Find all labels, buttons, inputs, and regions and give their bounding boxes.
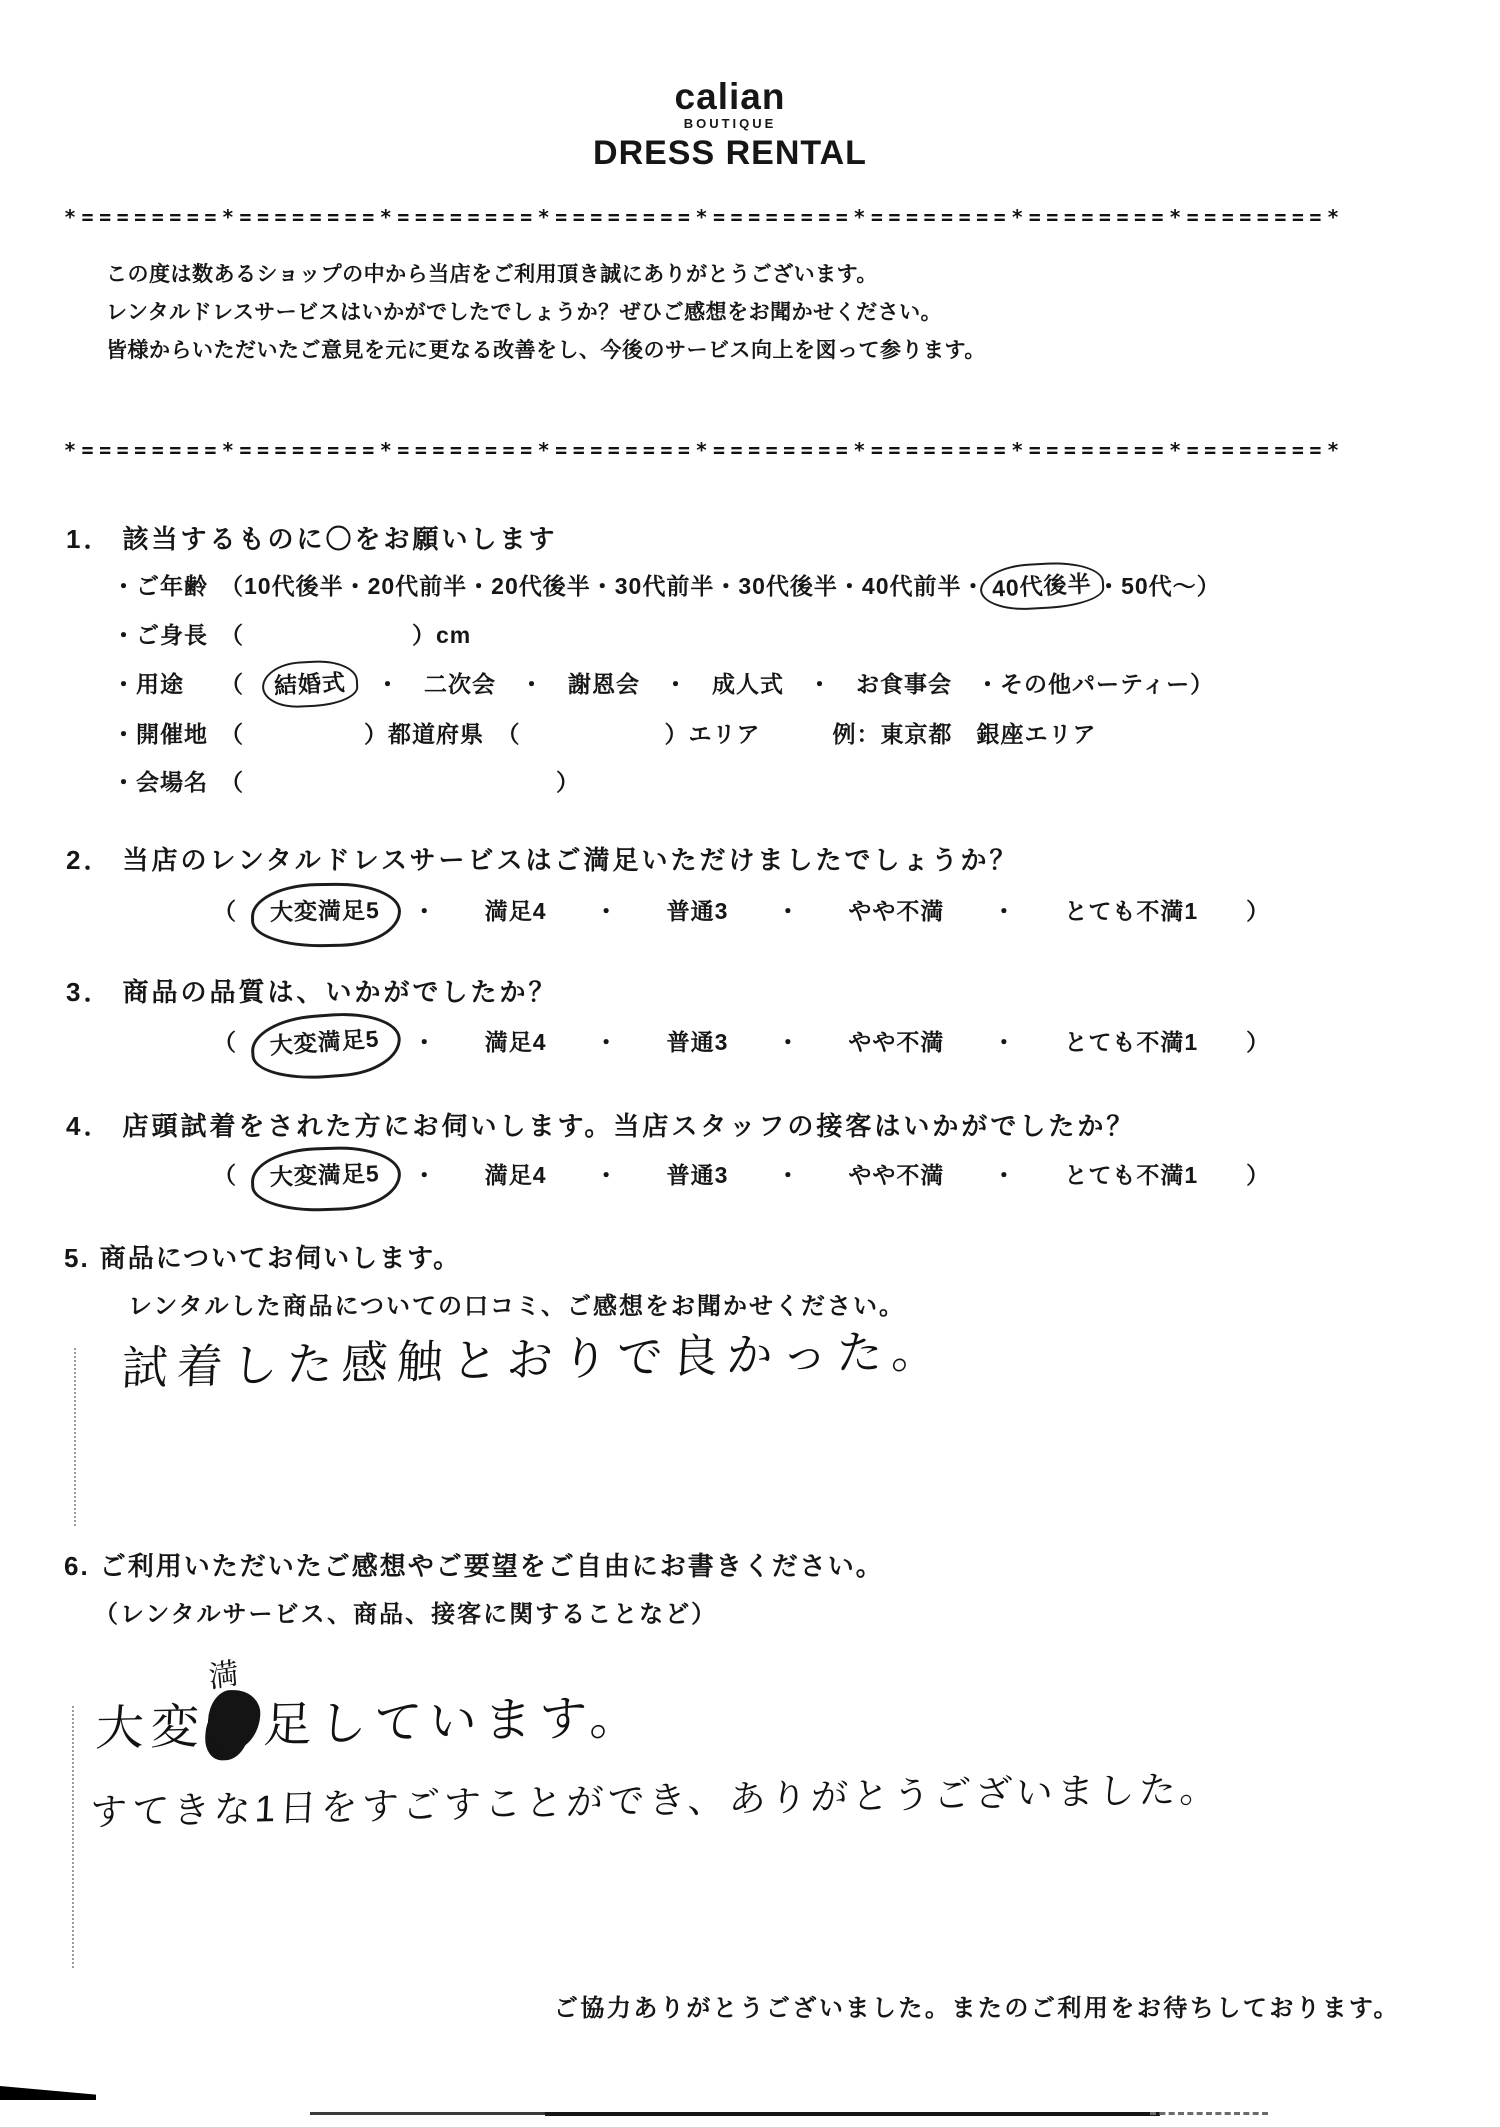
q5-heading: 5.商品についてお伺いします。 (64, 1238, 461, 1275)
q1-purpose-open: （ (220, 671, 268, 697)
q2-heading: 2．当店のレンタルドレスサービスはご満足いただけましたでしょうか？ (66, 840, 1018, 877)
q6-scribble-blot: 満 (205, 1695, 266, 1748)
q6-handwritten-line-2: すてきな1日をすごすことができ、ありがとうございました。 (89, 1758, 1223, 1836)
q1-age-label: ・ご年齢 (112, 568, 220, 601)
q4-options-row: （ 大変満足5 ・ 満足4 ・ 普通3 ・ やや不満 ・ とても不満1 ） (213, 1157, 1270, 1190)
scan-edge-bar-2 (545, 2112, 1160, 2116)
q4-heading: 4．店頭試着をされた方にお伺いします。当店スタッフの接客はいかがでしたか？ (66, 1106, 1135, 1143)
q1-place-blanks: （ ）都道府県 （ ）エリア 例：東京都 銀座エリア (220, 721, 1097, 747)
footer-thanks: ご協力ありがとうございました。またのご利用をお待ちしております。 (554, 1988, 1400, 2023)
q4-title: 店頭試着をされた方にお伺いします。当店スタッフの接客はいかがでしたか？ (122, 1111, 1135, 1141)
q3-circled-answer: 大変満足5 (249, 1009, 403, 1083)
q1-hall-row: ・会場名（ ） (112, 764, 580, 797)
q1-age-circled-answer: 40代後半 (978, 560, 1104, 612)
q1-number: 1． (66, 524, 112, 554)
q6-hand-pre: 大変 (94, 1701, 207, 1756)
brand-sub-label: BOUTIQUE (0, 117, 1460, 130)
q6-scribble-ink (207, 1690, 262, 1751)
q3-number: 3． (66, 977, 112, 1007)
q6-handwritten-line-1: 大変満足しています。 (94, 1678, 646, 1759)
q2-number: 2． (66, 845, 112, 875)
brand-logo: calian (0, 78, 1460, 115)
q6-correction-char: 満 (206, 1648, 240, 1696)
page-title: DRESS RENTAL (0, 136, 1460, 170)
q2-options-text: ・ 満足4 ・ 普通3 ・ やや不満 ・ とても不満1 ） (389, 898, 1270, 924)
q1-height-row: ・ご身長（ ）cm (112, 617, 471, 650)
q6-number: 6. (64, 1551, 90, 1581)
intro-line-3: 皆様からいただいたご意見を元に更なる改善をし、今後のサービス向上を図って参ります… (106, 334, 986, 364)
q6-title: ご利用いただいたご感想やご要望をご自由にお書きください。 (100, 1551, 884, 1581)
q1-title: 該当するものに〇をお願いします (122, 524, 557, 554)
intro-line-1: この度は数あるショップの中から当店をご利用頂き誠にありがとうございます。 (106, 258, 878, 288)
intro-line-2: レンタルドレスサービスはいかがでしたでしょうか？ぜひご感想をお聞かせください。 (106, 296, 942, 326)
q4-circled-text: 大変満足5 (269, 1160, 380, 1190)
q1-purpose-circled-text: 結婚式 (273, 669, 346, 699)
q3-options-row: （ 大変満足5 ・ 満足4 ・ 普通3 ・ やや不満 ・ とても不満1 ） (213, 1024, 1270, 1057)
q2-circled-answer: 大変満足5 (250, 882, 401, 949)
q5-handwritten-comment: 試着した感触とおりで良かった。 (120, 1315, 948, 1398)
scan-artifact-dotted-left-2 (72, 1706, 74, 1968)
q1-age-circled-text: 40代後半 (991, 570, 1092, 601)
q2-circled-text: 大変満足5 (270, 897, 380, 925)
q6-heading: 6.ご利用いただいたご感想やご要望をご自由にお書きください。 (64, 1546, 884, 1583)
q4-options-text: ・ 満足4 ・ 普通3 ・ やや不満 ・ とても不満1 ） (389, 1162, 1270, 1188)
q1-purpose-circled-answer: 結婚式 (261, 659, 359, 710)
scan-artifact-dotted-left-1 (74, 1348, 76, 1526)
q1-age-options-pre: （10代後半・20代前半・20代後半・30代前半・30代後半・40代前半・ (220, 573, 986, 599)
q6-hand-post: 足しています。 (262, 1691, 646, 1752)
q1-height-blank: （ ）cm (220, 622, 471, 648)
q5-title: 商品についてお伺いします。 (100, 1243, 461, 1273)
scanned-survey-page: calian BOUTIQUE DRESS RENTAL *========*=… (0, 0, 1500, 2127)
q5-subtitle: レンタルした商品についての口コミ、ご感想をお聞かせください。 (128, 1286, 905, 1321)
q4-number: 4． (66, 1111, 112, 1141)
q6-subtitle: （レンタルサービス、商品、接客に関することなど） (94, 1594, 717, 1629)
scan-edge-wedge (0, 2086, 96, 2100)
q1-age-row: ・ご年齢（10代後半・20代前半・20代後半・30代前半・30代後半・40代前半… (112, 568, 1221, 601)
q1-purpose-options-post: ・ 二次会 ・ 謝恩会 ・ 成人式 ・ お食事会 ・その他パーティー） (352, 671, 1214, 697)
q3-heading: 3．商品の品質は、いかがでしたか？ (66, 972, 557, 1009)
q3-title: 商品の品質は、いかがでしたか？ (122, 977, 557, 1007)
q1-age-options-post: ・50代～） (1097, 573, 1221, 599)
q5-number: 5. (64, 1243, 90, 1273)
scan-edge-bar-dashed (1150, 2112, 1268, 2115)
q3-options-text: ・ 満足4 ・ 普通3 ・ やや不満 ・ とても不満1 ） (389, 1029, 1270, 1055)
header: calian BOUTIQUE DRESS RENTAL (0, 78, 1460, 170)
q1-place-label: ・開催地 (112, 716, 220, 749)
q1-place-row: ・開催地（ ）都道府県 （ ）エリア 例：東京都 銀座エリア (112, 716, 1097, 749)
q1-height-label: ・ご身長 (112, 617, 220, 650)
q1-purpose-label: ・用途 (112, 666, 220, 699)
divider-middle: *========*========*========*========*===… (64, 438, 1345, 462)
q2-options-row: （ 大変満足5 ・ 満足4 ・ 普通3 ・ やや不満 ・ とても不満1 ） (213, 893, 1270, 926)
divider-top: *========*========*========*========*===… (64, 205, 1345, 229)
q3-circled-text: 大変満足5 (269, 1025, 380, 1059)
q1-hall-label: ・会場名 (112, 764, 220, 797)
q1-hall-blank: （ ） (220, 769, 580, 795)
q4-circled-answer: 大変満足5 (250, 1144, 402, 1213)
q1-purpose-row: ・用途（ 結婚式 ・ 二次会 ・ 謝恩会 ・ 成人式 ・ お食事会 ・その他パー… (112, 666, 1214, 699)
q2-title: 当店のレンタルドレスサービスはご満足いただけましたでしょうか？ (122, 845, 1018, 875)
q1-heading: 1．該当するものに〇をお願いします (66, 519, 557, 556)
